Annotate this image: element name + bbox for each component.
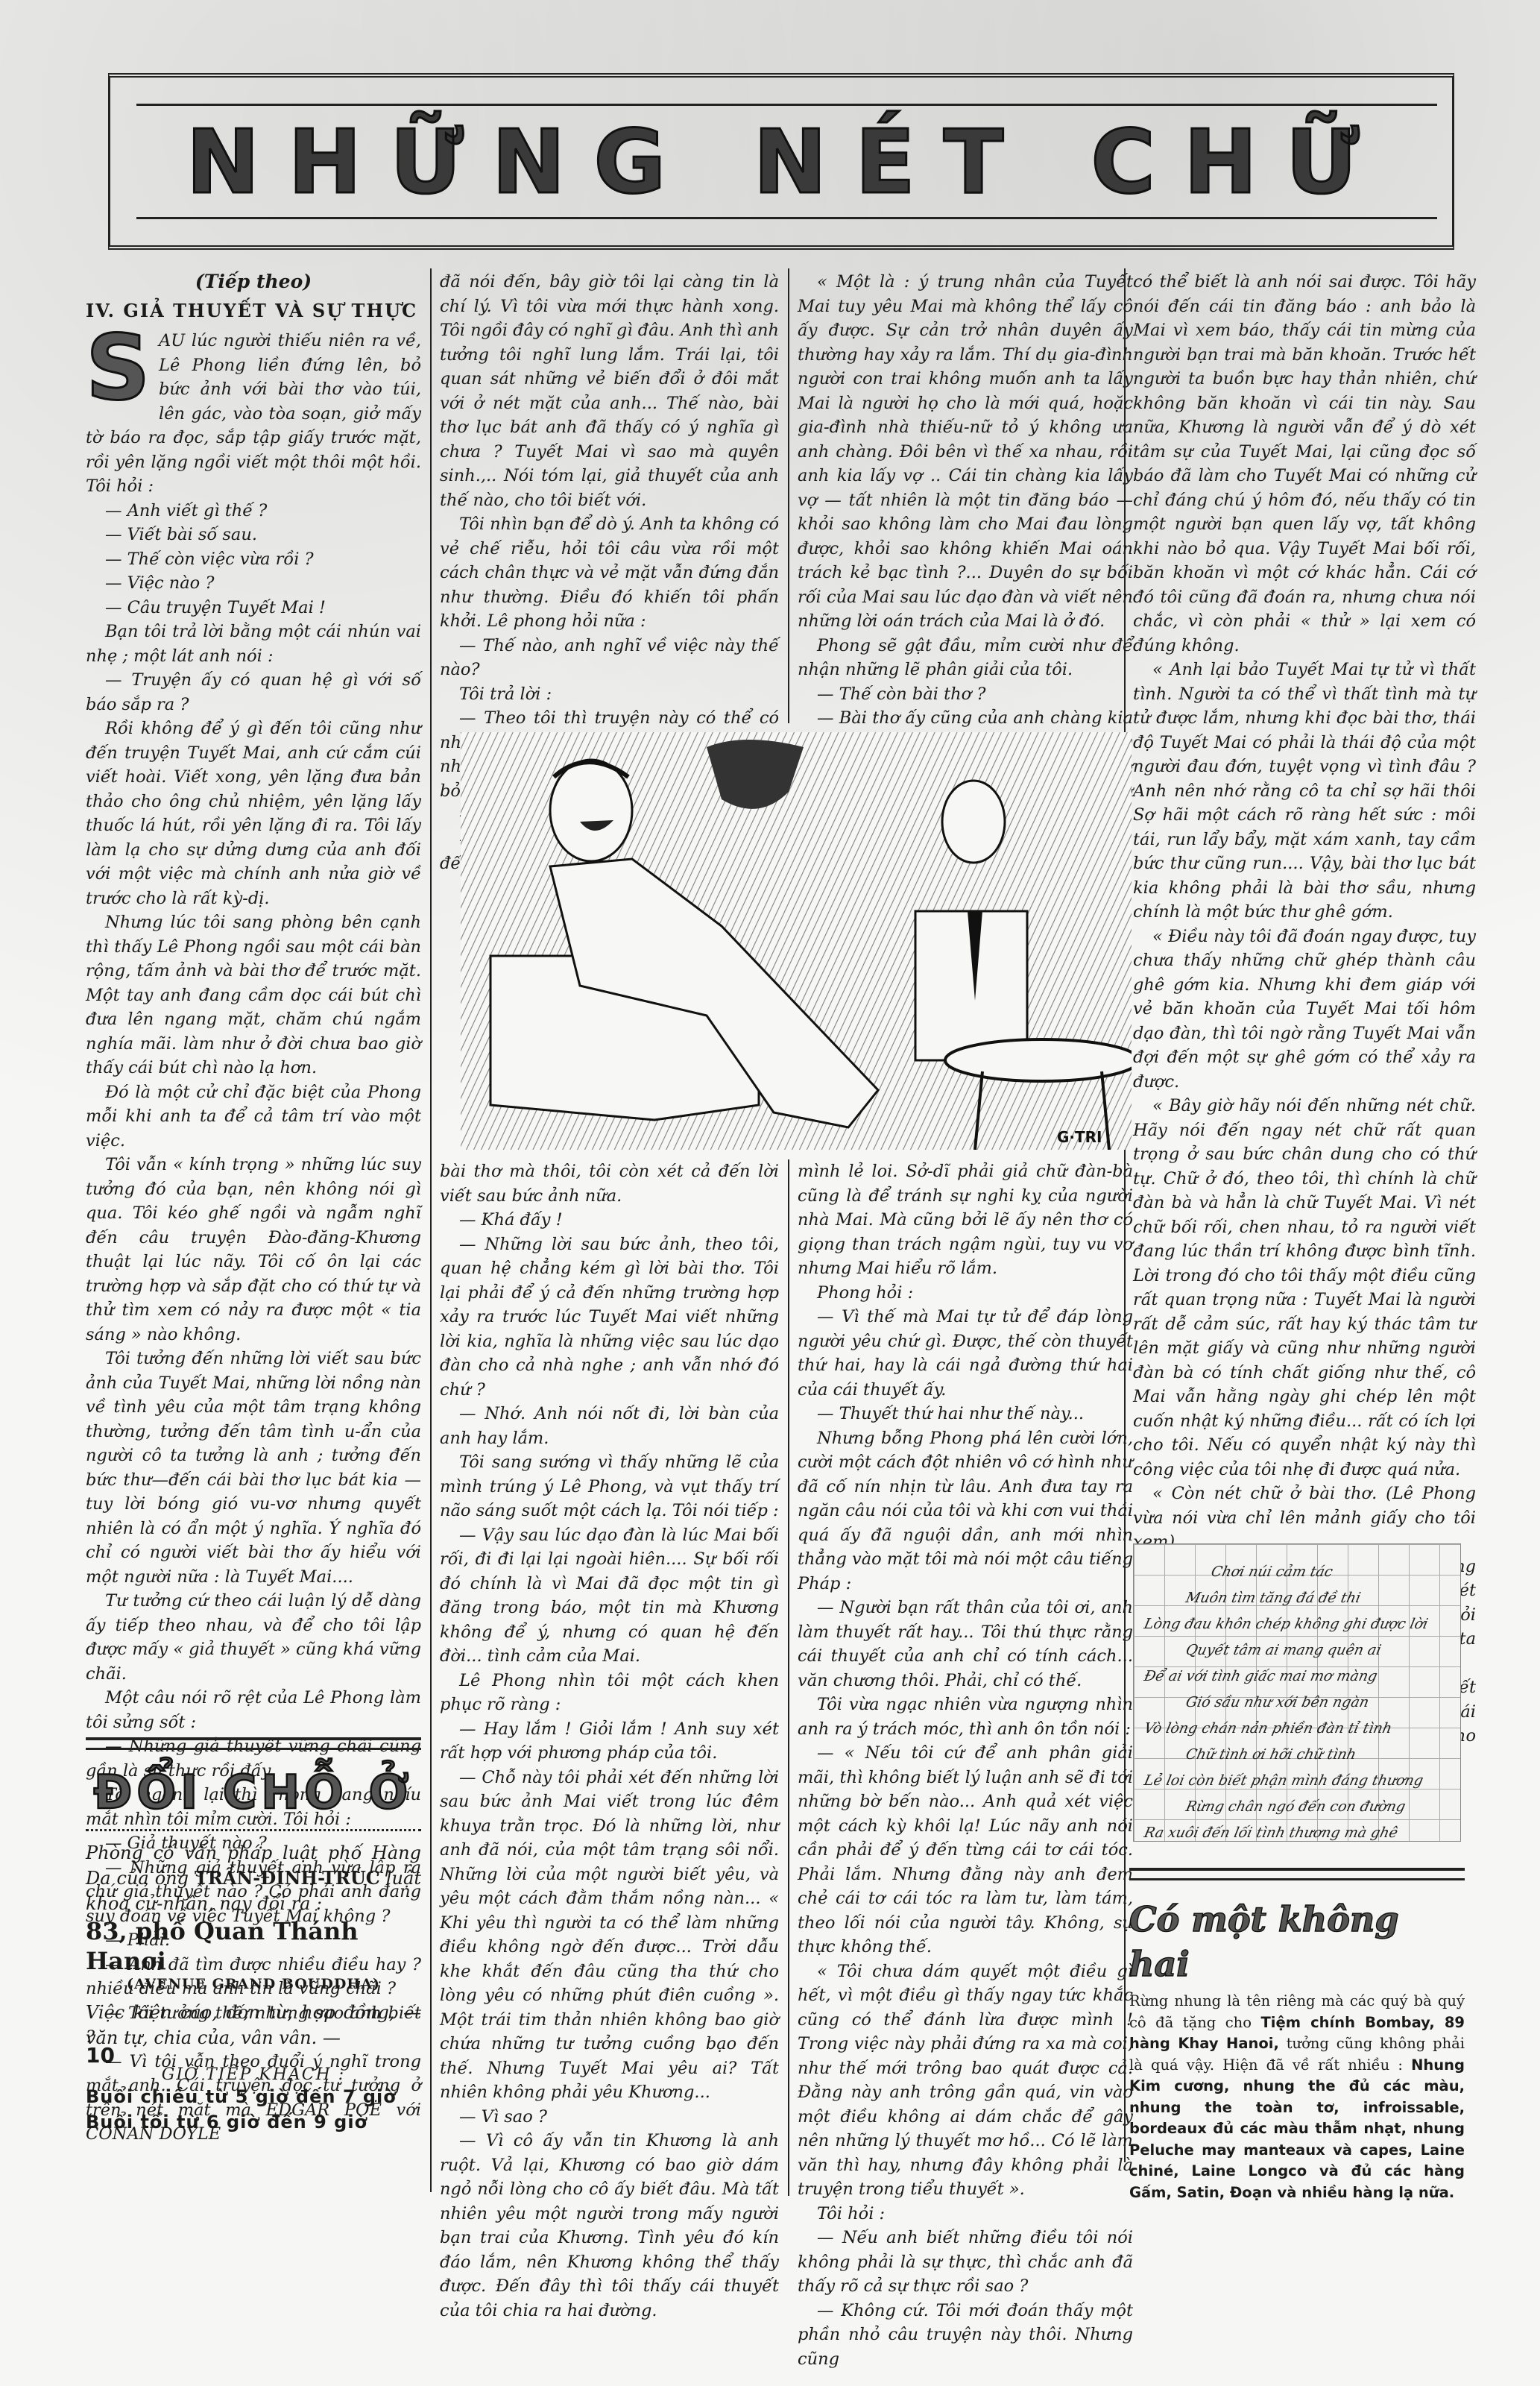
poem-title: Chơi núi cảm tác — [1141, 1559, 1452, 1585]
paragraph: — Anh viết gì thế ? — [86, 499, 421, 523]
ad-doi-cho-o: ĐỔI CHỖ Ở Phòng cố vấn pháp luật phố Hàn… — [86, 1737, 421, 2135]
section-heading: IV. GIẢ THUYẾT VÀ SỰ THỰC — [86, 299, 421, 324]
ad-address: 83, phố Quan Thánh Hanoi — [86, 1916, 421, 1976]
headline-title: NHỮNG NÉT CHỮ — [186, 110, 1388, 213]
poem-line: Ra xuôi đến lối tình thương mà ghê — [1141, 1820, 1452, 1846]
newspaper-page: NHỮNG NÉT CHỮ (Tiếp theo) IV. GIẢ THUYẾT… — [0, 0, 1540, 2386]
paragraph: — Thế còn việc vừa rồi ? — [86, 547, 421, 572]
paragraph: Tôi nhìn bạn để dò ý. Anh ta không có vẻ… — [440, 512, 779, 634]
paragraph: « Một là : ý trung nhân của Tuyết Mai tu… — [798, 270, 1133, 634]
column-divider — [788, 268, 789, 723]
ad-title: Có một không hai — [1129, 1897, 1465, 1986]
poem-line: Lẻ loi còn biết phận mình đáng thương — [1141, 1768, 1452, 1794]
paragraph: Tư tưởng cứ theo cái luận lý dễ dàng ấy … — [86, 1589, 421, 1686]
column-2-bottom-paragraphs: bài thơ mà thôi, tôi còn xét cả đến lời … — [440, 1159, 779, 2323]
paragraph: đã nói đến, bây giờ tôi lại càng tin là … — [440, 270, 779, 512]
article-column-2-bottom: bài thơ mà thôi, tôi còn xét cả đến lời … — [440, 1159, 779, 2323]
article-column-3-bottom: mình lẻ loi. Sở-dĩ phải giả chữ đàn-bà c… — [798, 1159, 1133, 2371]
ad-hours-1: Buổi chiều từ 5 giờ đến 7 giờ — [86, 2084, 421, 2109]
paragraph: bài thơ mà thôi, tôi còn xét cả đến lời … — [440, 1159, 779, 1208]
paragraph: Nhưng lúc tôi sang phòng bên cạnh thì th… — [86, 910, 421, 1080]
ad-separator-rule — [86, 1737, 421, 1750]
illustration: G·TRI — [461, 732, 1132, 1150]
paragraph: — Vậy sau lúc dạo đàn là lúc Mai bối rối… — [440, 1523, 779, 1669]
paragraph: — Viết bài số sau. — [86, 523, 421, 547]
wavy-rule — [86, 1822, 421, 1831]
ad-services: Việc kiện cáo, đơn từ, hợp đồng, — văn t… — [86, 2000, 421, 2050]
paragraph: — Truyện ấy có quan hệ gì với số báo sắp… — [86, 668, 421, 717]
poem-line: Quyết tâm ai mang quên ai — [1141, 1637, 1452, 1663]
opening-paragraph: SAU lúc người thiếu niên ra về, Lê Phong… — [86, 329, 421, 499]
paragraph: Tôi trả lời : — [440, 682, 779, 707]
paragraph: Nhưng bỗng Phong phá lên cười lớn, cười … — [798, 1426, 1133, 1596]
page-number: 10 — [86, 2043, 115, 2068]
drop-cap: S — [86, 333, 151, 405]
ad-lawyer-name: TRẦN-ĐÌNH-TRÚC — [195, 1867, 380, 1889]
poem-line: Chữ tình ơi hỡi chữ tình — [1141, 1742, 1452, 1768]
paragraph: Tôi tưởng đến những lời viết sau bức ảnh… — [86, 1347, 421, 1589]
poem-line: Để ai với tình giấc mai mơ màng — [1141, 1663, 1452, 1690]
ad-body: Rừng nhung là tên riêng mà các quý bà qu… — [1129, 1991, 1465, 2203]
paragraph: « Bây giờ hãy nói đến những nét chữ. Hãy… — [1133, 1094, 1476, 1482]
paragraph: — Việc nào ? — [86, 571, 421, 596]
poem-line: Gió sầu như xới bên ngàn — [1141, 1690, 1452, 1716]
ad-hours-2: Buổi tối từ 6 giờ đến 9 giờ — [86, 2109, 421, 2135]
ad-products: Nhung Kim cương, nhung the đủ các màu, n… — [1129, 2056, 1465, 2201]
paragraph: Bạn tôi trả lời bằng một cái nhún vai nh… — [86, 620, 421, 668]
paragraph: — Vì sao ? — [440, 2105, 779, 2130]
poem-line: Rừng chân ngó đến con đường — [1141, 1794, 1452, 1820]
paragraph: « Tôi chưa dám quyết một điều gì hết, vì… — [798, 1960, 1133, 2202]
paragraph: — Không cứ. Tôi mới đoán thấy một phần n… — [798, 2299, 1133, 2372]
paragraph: — Thế còn bài thơ ? — [798, 682, 1133, 707]
paragraph: — Vì cô ấy vẫn tin Khương là anh ruột. V… — [440, 2129, 779, 2323]
paragraph: — Câu truyện Tuyết Mai ! — [86, 596, 421, 620]
headline-banner: NHỮNG NÉT CHỮ — [108, 73, 1454, 250]
paragraph: — Nếu anh biết những điều tôi nói không … — [798, 2226, 1133, 2299]
paragraph: Tôi hỏi : — [798, 2202, 1133, 2226]
paragraph: — Vì thế mà Mai tự tử để đáp lòng người … — [798, 1305, 1133, 1402]
ad-avenue: (AVENUE GRAND BOUDDHA) — [86, 1976, 421, 1992]
paragraph: Tôi sang sướng vì thấy những lẽ của mình… — [440, 1450, 779, 1523]
paragraph: Tôi vẫn « kính trọng » những lúc suy tưở… — [86, 1153, 421, 1347]
ad-hours-label: GIỜ TIẾP KHÁCH : — [86, 2065, 421, 2084]
ad-co-mot-khong-hai: Có một không hai Rừng nhung là tên riêng… — [1129, 1868, 1465, 2203]
paragraph: Lê Phong nhìn tôi một cách khen phục rõ … — [440, 1669, 779, 1717]
paragraph: « Anh lại bảo Tuyết Mai tự tử vì thất tì… — [1133, 658, 1476, 925]
paragraph: — Người bạn rất thân của tôi ơi, anh làm… — [798, 1596, 1133, 1693]
headline-inner-frame: NHỮNG NÉT CHỮ — [136, 104, 1437, 219]
poem-lines: Muôn tìm tăng đá đề thiLòng đau khôn ché… — [1144, 1585, 1450, 1846]
ad-separator-rule — [1129, 1868, 1465, 1880]
ad-title: ĐỔI CHỖ Ở — [86, 1766, 421, 1819]
column-3-bottom-paragraphs: mình lẻ loi. Sở-dĩ phải giả chữ đàn-bà c… — [798, 1159, 1133, 2371]
paragraph: Rồi không để ý gì đến tôi cũng như đến t… — [86, 717, 421, 910]
paragraph: — Hay lắm ! Giỏi lắm ! Anh suy xét rất h… — [440, 1717, 779, 1766]
paragraph: có thể biết là anh nói sai được. Tôi hãy… — [1133, 270, 1476, 658]
poem-line: Muôn tìm tăng đá đề thi — [1141, 1585, 1452, 1611]
poem-line: Vò lòng chán nản phiền đàn tỉ tình — [1141, 1716, 1452, 1742]
paragraph: Phong sẽ gật đầu, mỉm cười như để nhận n… — [798, 634, 1133, 682]
paragraph: mình lẻ loi. Sở-dĩ phải giả chữ đàn-bà c… — [798, 1159, 1133, 1281]
continued-label: (Tiếp theo) — [86, 270, 421, 295]
paragraph: — Chỗ này tôi phải xét đến những lời sau… — [440, 1766, 779, 2105]
paragraph: Phong hỏi : — [798, 1281, 1133, 1306]
paragraph: « Điều này tôi đã đoán ngay được, tuy ch… — [1133, 925, 1476, 1095]
paragraph: — Khá đấy ! — [440, 1208, 779, 1233]
paragraph: — Những lời sau bức ảnh, theo tôi, quan … — [440, 1233, 779, 1403]
paragraph: — Thế nào, anh nghĩ về việc này thế nào? — [440, 634, 779, 682]
poem-line: Lòng đau khôn chép không ghi được lời — [1141, 1611, 1452, 1637]
paragraph: — Thuyết thứ hai như thế này... — [798, 1402, 1133, 1426]
column-divider — [430, 268, 432, 2192]
paragraph: Đó là một cử chỉ đặc biệt của Phong mỗi … — [86, 1080, 421, 1153]
paragraph: Tôi vừa ngạc nhiên vừa ngượng nhìn anh r… — [798, 1693, 1133, 1741]
handwritten-poem: Chơi núi cảm tác Muôn tìm tăng đá đề thi… — [1133, 1543, 1461, 1842]
column-divider — [788, 1159, 789, 2196]
artist-signature: G·TRI — [1057, 1128, 1102, 1146]
illustration-drawing: G·TRI — [461, 732, 1132, 1150]
paragraph: — « Nếu tôi cứ để anh phân giải mãi, thì… — [798, 1741, 1133, 1960]
paragraph: — Nhớ. Anh nói nốt đi, lời bàn của anh h… — [440, 1402, 779, 1450]
paragraph: Một câu nói rõ rệt của Lê Phong làm tôi … — [86, 1686, 421, 1734]
ad-body: Phòng cố vấn pháp luật phố Hàng Da của ô… — [86, 1840, 421, 1916]
